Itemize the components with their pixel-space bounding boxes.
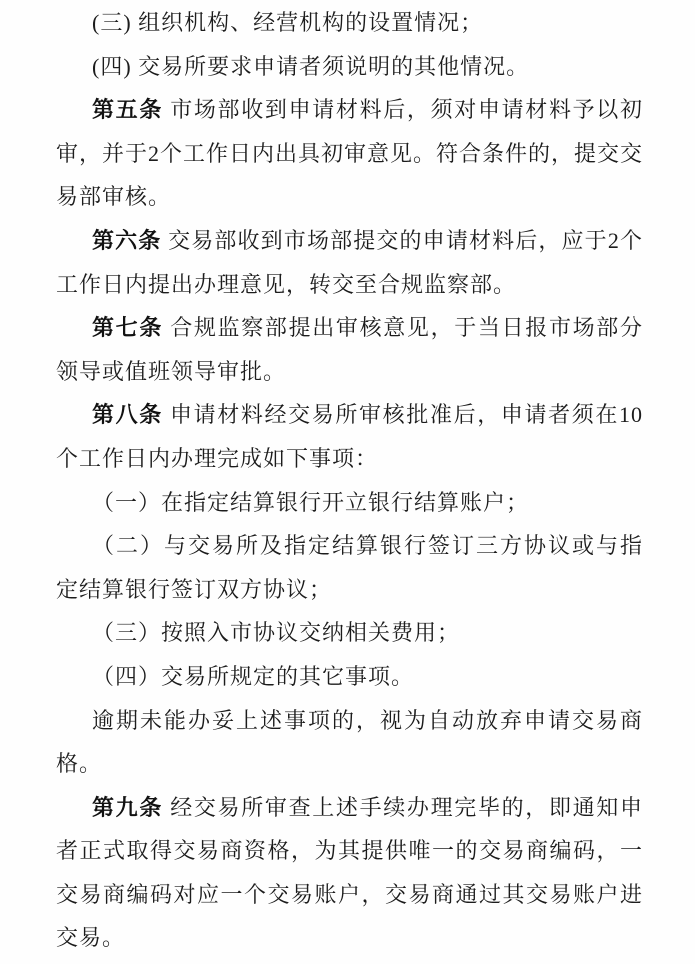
text-line: （二）与交易所及指定结算银行签订三方协议或与指 [56, 524, 643, 568]
text-line: 第五条 市场部收到申请材料后，须对申请材料予以初 [56, 88, 643, 132]
sub-item-4: （四）交易所规定的其它事项。 [56, 655, 643, 699]
text-line: 逾期未能办妥上述事项的，视为自动放弃申请交易商资 [56, 699, 643, 743]
article-number: 第七条 [92, 315, 163, 340]
article-number: 第五条 [92, 97, 163, 122]
list-item-3: (三) 组织机构、经营机构的设置情况； [56, 1, 643, 45]
text-line: 第九条 经交易所审查上述手续办理完毕的，即通知申请 [56, 786, 643, 830]
text-line: 第七条 合规监察部提出审核意见，于当日报市场部分管 [56, 306, 643, 350]
text-segment: 个工作日内办理完成如下事项： [56, 446, 378, 471]
sub-item-1: （一）在指定结算银行开立银行结算账户； [56, 481, 643, 525]
article-8: 第八条 申请材料经交易所审核批准后，申请者须在10个工作日内办理完成如下事项： [56, 393, 643, 480]
text-segment: （一）在指定结算银行开立银行结算账户； [92, 490, 529, 515]
text-segment: 逾期未能办妥上述事项的，视为自动放弃申请交易商资 [56, 708, 643, 743]
text-segment: 领导或值班领导审批。 [56, 359, 286, 384]
text-line: 第六条 交易部收到市场部提交的申请材料后，应于2个 [56, 219, 643, 263]
sub-item-3: （三）按照入市协议交纳相关费用； [56, 611, 643, 655]
text-segment: （四）交易所规定的其它事项。 [92, 664, 414, 689]
text-segment: 定结算银行签订双方协议； [56, 577, 332, 602]
text-line: 第八条 申请材料经交易所审核批准后，申请者须在10 [56, 393, 643, 437]
article-5: 第五条 市场部收到申请材料后，须对申请材料予以初审，并于2个工作日内出具初审意见… [56, 88, 643, 219]
text-segment: 市场部收到申请材料后，须对申请材料予以初 [163, 97, 643, 122]
article-9: 第九条 经交易所审查上述手续办理完毕的，即通知申请者正式取得交易商资格，为其提供… [56, 786, 643, 960]
text-line: 交易。 [56, 916, 643, 960]
text-line: 交易商编码对应一个交易账户，交易商通过其交易账户进行 [56, 873, 643, 917]
text-line: 格。 [56, 742, 643, 786]
text-segment: 审，并于2个工作日内出具初审意见。符合条件的，提交交 [56, 141, 643, 166]
text-segment: 工作日内提出办理意见，转交至合规监察部。 [56, 272, 516, 297]
text-segment: 易部审核。 [56, 184, 171, 209]
text-line: （一）在指定结算银行开立银行结算账户； [56, 481, 643, 525]
text-line: 领导或值班领导审批。 [56, 350, 643, 394]
article-7: 第七条 合规监察部提出审核意见，于当日报市场部分管领导或值班领导审批。 [56, 306, 643, 393]
document-body: (三) 组织机构、经营机构的设置情况；(四) 交易所要求申请者须说明的其他情况。… [56, 1, 643, 960]
text-line: 者正式取得交易商资格，为其提供唯一的交易商编码，一个 [56, 829, 643, 873]
text-segment: 交易商编码对应一个交易账户，交易商通过其交易账户进行 [56, 882, 643, 917]
text-segment: （三）按照入市协议交纳相关费用； [92, 620, 460, 645]
text-line: 工作日内提出办理意见，转交至合规监察部。 [56, 263, 643, 307]
document-page: (三) 组织机构、经营机构的设置情况；(四) 交易所要求申请者须说明的其他情况。… [0, 0, 695, 964]
article-6: 第六条 交易部收到市场部提交的申请材料后，应于2个工作日内提出办理意见，转交至合… [56, 219, 643, 306]
text-segment: （二）与交易所及指定结算银行签订三方协议或与指 [92, 533, 643, 558]
text-segment: (四) 交易所要求申请者须说明的其他情况。 [92, 54, 529, 79]
deadline-clause: 逾期未能办妥上述事项的，视为自动放弃申请交易商资格。 [56, 699, 643, 786]
sub-item-2: （二）与交易所及指定结算银行签订三方协议或与指定结算银行签订双方协议； [56, 524, 643, 611]
text-line: (三) 组织机构、经营机构的设置情况； [56, 1, 643, 45]
text-segment: 格。 [56, 751, 102, 776]
text-segment: 交易部收到市场部提交的申请材料后，应于2个 [161, 228, 643, 253]
text-line: （三）按照入市协议交纳相关费用； [56, 611, 643, 655]
text-line: 个工作日内办理完成如下事项： [56, 437, 643, 481]
text-segment: 交易。 [56, 925, 125, 950]
text-segment: 申请材料经交易所审核批准后，申请者须在10 [163, 402, 643, 427]
text-line: （四）交易所规定的其它事项。 [56, 655, 643, 699]
text-line: (四) 交易所要求申请者须说明的其他情况。 [56, 45, 643, 89]
article-number: 第九条 [92, 795, 163, 820]
text-line: 定结算银行签订双方协议； [56, 568, 643, 612]
list-item-4: (四) 交易所要求申请者须说明的其他情况。 [56, 45, 643, 89]
text-line: 易部审核。 [56, 175, 643, 219]
text-segment: (三) 组织机构、经营机构的设置情况； [92, 10, 483, 35]
article-number: 第八条 [92, 402, 163, 427]
article-number: 第六条 [92, 228, 161, 253]
text-line: 审，并于2个工作日内出具初审意见。符合条件的，提交交 [56, 132, 643, 176]
text-segment: 者正式取得交易商资格，为其提供唯一的交易商编码，一个 [56, 838, 643, 873]
